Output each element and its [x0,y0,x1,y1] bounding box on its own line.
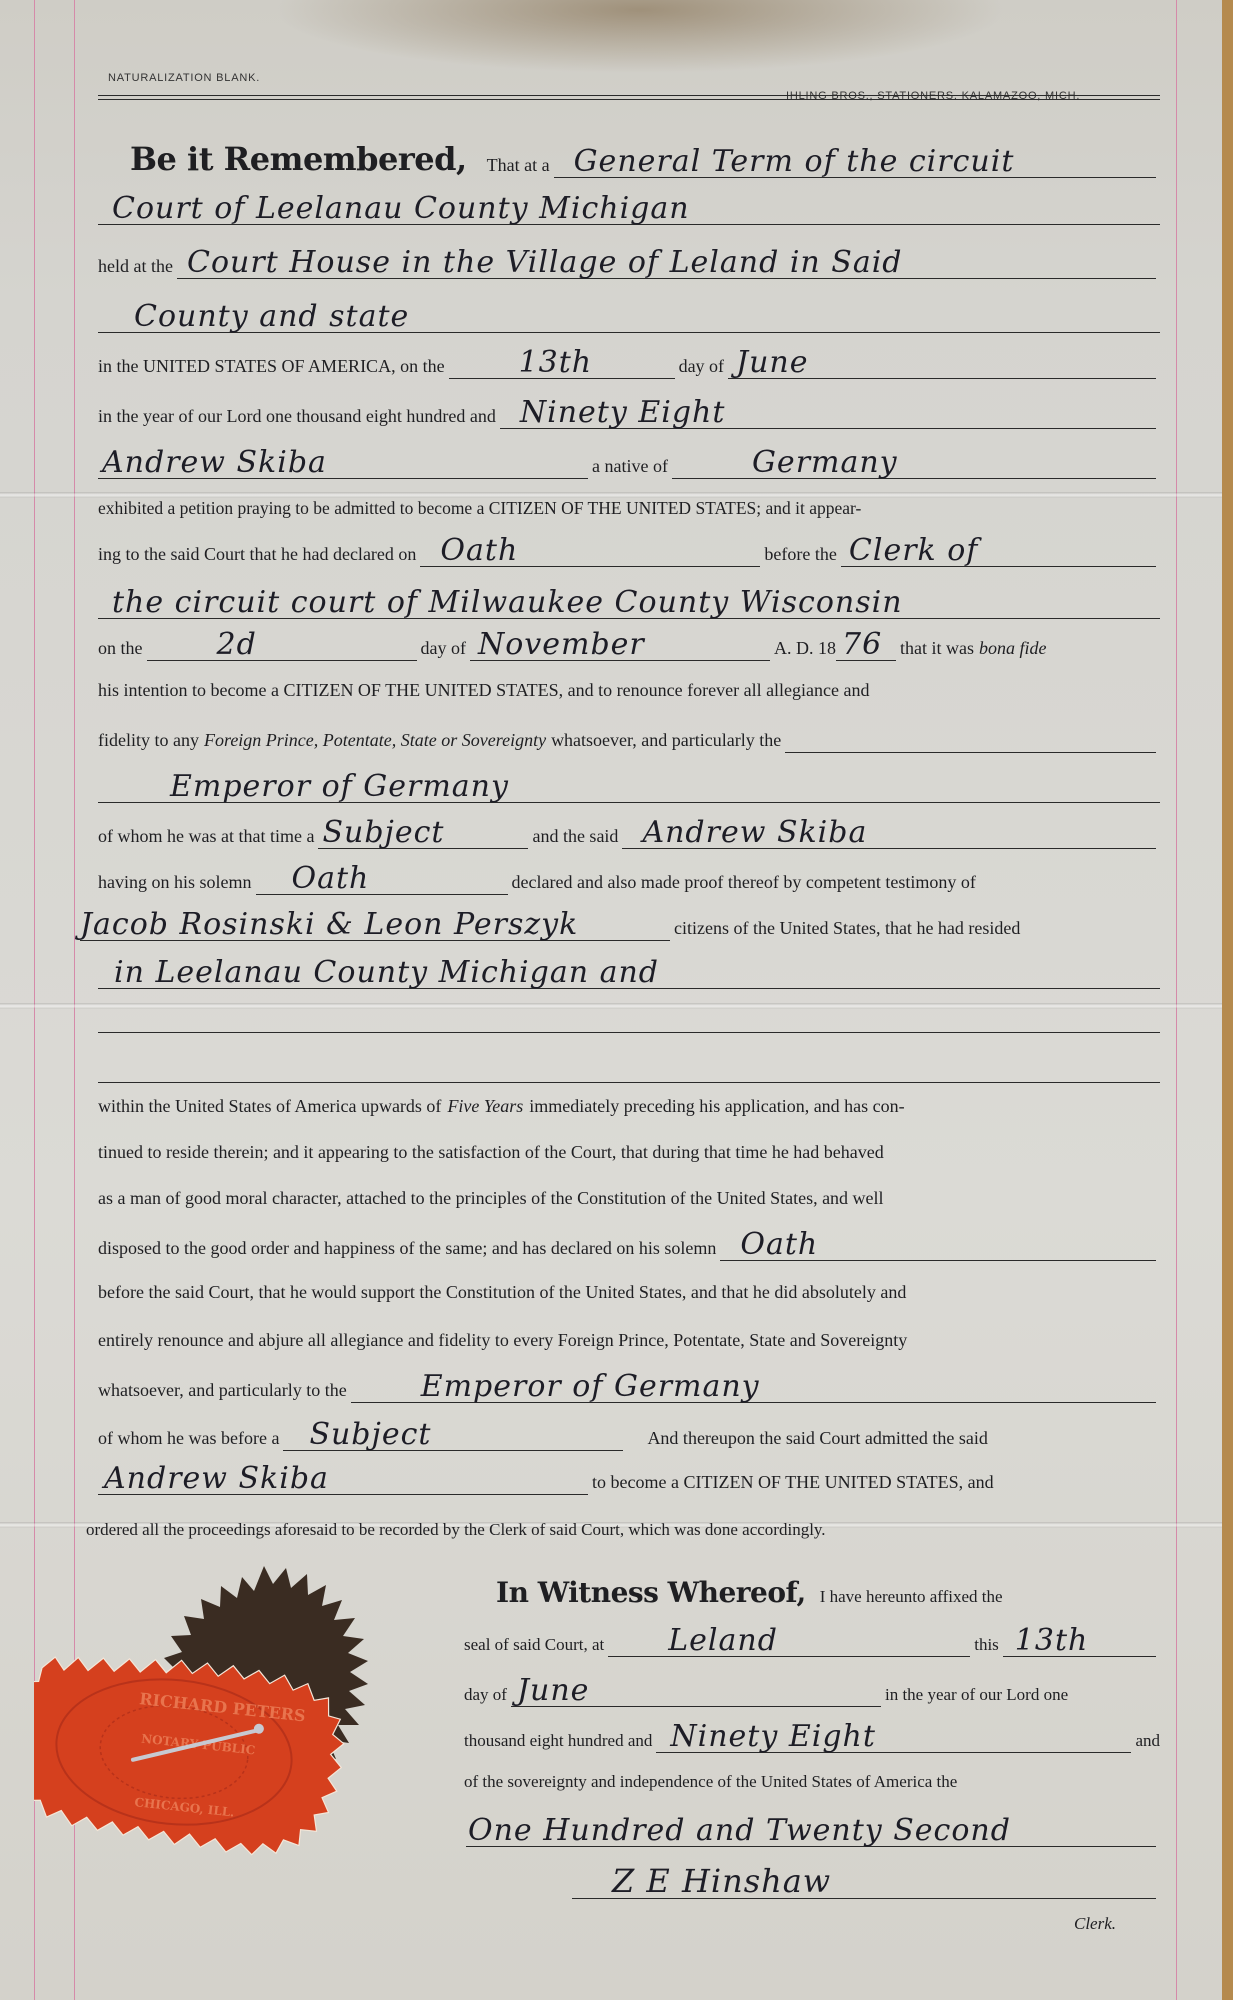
body-text: before the said Court, that he would sup… [98,1282,906,1305]
label-having-solemn: having on his solemn [98,872,252,895]
text-row: ordered all the proceedings aforesaid to… [86,1520,1148,1542]
text-row: tinued to reside therein; and it appeari… [98,1142,1160,1165]
label-bona-fide-italic: bona fide [979,638,1047,661]
body-text: disposed to the good order and happiness… [98,1238,716,1261]
particularly-field[interactable] [785,726,1156,753]
fidelity-row: fidelity to any Foreign Prince, Potentat… [98,726,1160,753]
oath-field[interactable]: Oath [720,1234,1156,1261]
independence-year-row: One Hundred and Twenty Second [466,1820,1156,1847]
status-field-2[interactable]: Subject [283,1424,623,1451]
body-text: as a man of good moral character, attach… [98,1188,884,1211]
sovereign-value: Emperor of Germany [170,769,509,804]
year-field[interactable]: Ninety Eight [500,402,1156,429]
seal-year-field[interactable]: Ninety Eight [656,1726,1131,1753]
five-years-suffix: immediately preceding his application, a… [529,1096,904,1119]
body-text: of whom he was before a [98,1428,279,1451]
witnesses-value: Jacob Rosinski & Leon Perszyk [80,907,578,942]
seal-month-field[interactable]: June [511,1680,881,1707]
intention-text: his intention to become a CITIZEN OF THE… [98,680,870,703]
term-value-2: Court of Leelanau County Michigan [112,191,690,226]
label-seal-at: seal of said Court, at [464,1635,604,1657]
held-at-value-2: County and state [134,299,409,334]
label-year-of-lord: in the year of our Lord one thousand eig… [98,406,496,429]
intention-row: his intention to become a CITIZEN OF THE… [98,680,1160,703]
year-row: in the year of our Lord one thousand eig… [98,402,1160,429]
witness-heading-row: In Witness Whereof, I have hereunto affi… [496,1576,1160,1609]
before-value: Clerk of [849,533,979,568]
seal-month-value: June [517,1673,589,1708]
term-value: General Term of the circuit [574,144,1015,179]
independence-year-value: One Hundred and Twenty Second [468,1813,1011,1848]
label-usa-on-the: in the UNITED STATES OF AMERICA, on the [98,356,445,379]
naturalization-certificate: NATURALIZATION BLANK. IHLING BROS., STAT… [0,0,1222,2000]
solemn-value: Oath [292,861,370,896]
declared-on-value: Oath [440,533,518,568]
label-year-of-lord: in the year of our Lord one [885,1685,1068,1707]
month-field[interactable]: June [728,352,1156,379]
seal-month-row: day of June in the year of our Lord one [464,1680,1160,1707]
declared-row: ing to the said Court that he had declar… [98,540,1160,567]
solemn-row: having on his solemn Oath declared and a… [98,868,1160,895]
five-years-prefix: within the United States of America upwa… [98,1096,441,1119]
body-text: tinued to reside therein; and it appeari… [98,1142,884,1165]
oath-value: Oath [740,1227,818,1262]
label-bona-fide: that it was [900,638,974,661]
seal-place-field[interactable]: Leland [608,1630,970,1657]
declaration-day-value: 2d [217,627,257,662]
subject-row: of whom he was at that time a Subject an… [98,822,1160,849]
before-field-2[interactable]: the circuit court of Milwaukee County Wi… [98,592,1160,619]
declaration-date-row: on the 2d day of November A. D. 18 76 th… [98,634,1160,661]
body-text: And thereupon the said Court admitted th… [647,1428,987,1451]
month-value: June [736,345,808,380]
subject-row-2: of whom he was before a Subject And ther… [98,1424,1160,1451]
before-field[interactable]: Clerk of [841,540,1156,567]
applicant-row: Andrew Skiba a native of Germany [98,452,1160,479]
declaration-year-value: 76 [842,627,882,662]
sovereign-field[interactable]: Emperor of Germany [98,776,1160,803]
header-rule [98,99,1160,100]
citizens-text: citizens of the United States, that he h… [674,918,1020,941]
label-day-of: day of [421,638,466,661]
declaration-year-field[interactable]: 76 [836,634,896,661]
seal-year-value: Ninety Eight [670,1719,876,1754]
sovereignty-row: of the sovereignty and independence of t… [464,1772,1160,1794]
label-day-of: day of [679,356,724,379]
petition-text: exhibited a petition praying to be admit… [98,498,861,521]
solemn-field[interactable]: Oath [256,868,508,895]
declaration-month-value: November [478,627,645,662]
label-ad: A. D. 18 [774,638,836,661]
label-and: and [1135,1731,1160,1753]
fidelity-italic: Foreign Prince, Potentate, State or Sove… [204,730,546,753]
witness-heading: In Witness Whereof, [496,1576,806,1609]
body-text: entirely renounce and abjure all allegia… [98,1330,907,1353]
held-at-row: held at the Court House in the Village o… [98,252,1160,279]
body-text: to become a CITIZEN OF THE UNITED STATES… [592,1472,994,1495]
held-at-value: Court House in the Village of Leland in … [187,245,903,280]
witnesses-field[interactable]: Jacob Rosinski & Leon Perszyk [80,914,670,941]
declared-proof-text: declared and also made proof thereof by … [512,872,976,895]
oath-row: disposed to the good order and happiness… [98,1234,1160,1261]
fidelity-prefix: fidelity to any [98,730,199,753]
label-that-at-a: That at a [487,155,550,178]
status-field[interactable]: Subject [318,822,528,849]
notary-seal-icon: RICHARD PETERS NOTARY PUBLIC CHICAGO, IL… [34,1556,414,1896]
status-value-2: Subject [309,1417,431,1452]
held-at-field[interactable]: Court House in the Village of Leland in … [177,252,1156,279]
held-at-row-2: County and state [98,306,1160,333]
term-row: Be it Remembered, That at a General Term… [130,140,1160,178]
seal-day-field[interactable]: 13th [1003,1630,1156,1657]
label-before-the: before the [764,544,836,567]
clerk-title: Clerk. [1074,1914,1116,1934]
date-row: in the UNITED STATES OF AMERICA, on the … [98,352,1160,379]
blank-residence-line[interactable] [98,1032,1160,1033]
native-country-value: Germany [752,445,898,480]
petition-row: exhibited a petition praying to be admit… [98,498,1160,521]
status-value: Subject [322,815,444,850]
residence-row: in Leelanau County Michigan and [98,962,1160,989]
applicant-name-field-2[interactable]: Andrew Skiba [622,822,1156,849]
seal-place-row: seal of said Court, at Leland this 13th [464,1630,1160,1657]
right-margin-line [1176,0,1177,2000]
label-of-whom: of whom he was at that time a [98,826,314,849]
held-at-field-2[interactable]: County and state [98,306,1160,333]
applicant-name-value-2: Andrew Skiba [642,815,867,850]
seal-place-value: Leland [668,1623,778,1658]
year-value: Ninety Eight [520,395,726,430]
sovereignty-text: of the sovereignty and independence of t… [464,1772,957,1794]
text-row: as a man of good moral character, attach… [98,1188,1160,1211]
sovereign-row: Emperor of Germany [98,776,1160,803]
text-row: entirely renounce and abjure all allegia… [98,1330,1160,1353]
sovereign-row-2: whatsoever, and particularly to the Empe… [98,1376,1160,1403]
text-row: before the said Court, that he would sup… [98,1282,1160,1305]
applicant-name-value: Andrew Skiba [102,445,327,480]
declaration-day-field[interactable]: 2d [147,634,417,661]
label-held-at: held at the [98,256,173,279]
five-years-italic: Five Years [447,1096,523,1119]
term-field[interactable]: General Term of the circuit [554,151,1156,178]
admitted-row: Andrew Skiba to become a CITIZEN OF THE … [98,1468,1160,1495]
seal-year-row: thousand eight hundred and Ninety Eight … [464,1726,1160,1753]
clerk-signature: Z E Hinshaw [612,1862,831,1900]
body-text: ordered all the proceedings aforesaid to… [86,1520,826,1542]
header-rule [98,95,1160,96]
blank-residence-line[interactable] [98,1082,1160,1083]
label-declared-on: ing to the said Court that he had declar… [98,544,416,567]
label-this: this [974,1635,999,1657]
term-row-2: Court of Leelanau County Michigan [98,198,1160,225]
applicant-name-value-3: Andrew Skiba [104,1461,329,1496]
label-native-of: a native of [592,456,668,479]
applicant-name-field-3[interactable]: Andrew Skiba [98,1468,588,1495]
sovereign-value-2: Emperor of Germany [421,1369,760,1404]
label-and-the-said: and the said [532,826,618,849]
before-value-2: the circuit court of Milwaukee County Wi… [112,585,903,620]
day-value: 13th [519,345,593,380]
be-it-remembered-heading: Be it Remembered, [130,140,467,178]
five-years-row: within the United States of America upwa… [98,1096,1160,1119]
signature-row: Z E Hinshaw [572,1872,1156,1899]
label-on-the: on the [98,638,143,661]
signature-field[interactable]: Z E Hinshaw [572,1872,1156,1899]
independence-year-field[interactable]: One Hundred and Twenty Second [466,1820,1156,1847]
body-text: whatsoever, and particularly to the [98,1380,347,1403]
label-day-of: day of [464,1685,507,1707]
residence-value: in Leelanau County Michigan and [114,955,659,990]
term-field-2[interactable]: Court of Leelanau County Michigan [98,198,1160,225]
declared-row-2: the circuit court of Milwaukee County Wi… [98,592,1160,619]
witnesses-row: Jacob Rosinski & Leon Perszyk citizens o… [80,914,1160,941]
sovereign-field-2[interactable]: Emperor of Germany [351,1376,1156,1403]
label-thousand: thousand eight hundred and [464,1731,652,1753]
residence-field[interactable]: in Leelanau County Michigan and [98,962,1160,989]
day-field[interactable]: 13th [449,352,675,379]
printer-name: IHLING BROS., STATIONERS. KALAMAZOO, MIC… [786,90,1080,102]
form-name: NATURALIZATION BLANK. [108,72,260,84]
seal-day-value: 13th [1015,1623,1089,1658]
paper-fold [0,1003,1222,1009]
witness-heading-cont: I have hereunto affixed the [820,1587,1003,1609]
applicant-name-field[interactable]: Andrew Skiba [98,452,588,479]
declared-on-field[interactable]: Oath [420,540,760,567]
native-country-field[interactable]: Germany [672,452,1156,479]
declaration-month-field[interactable]: November [470,634,770,661]
fidelity-suffix: whatsoever, and particularly the [551,730,781,753]
